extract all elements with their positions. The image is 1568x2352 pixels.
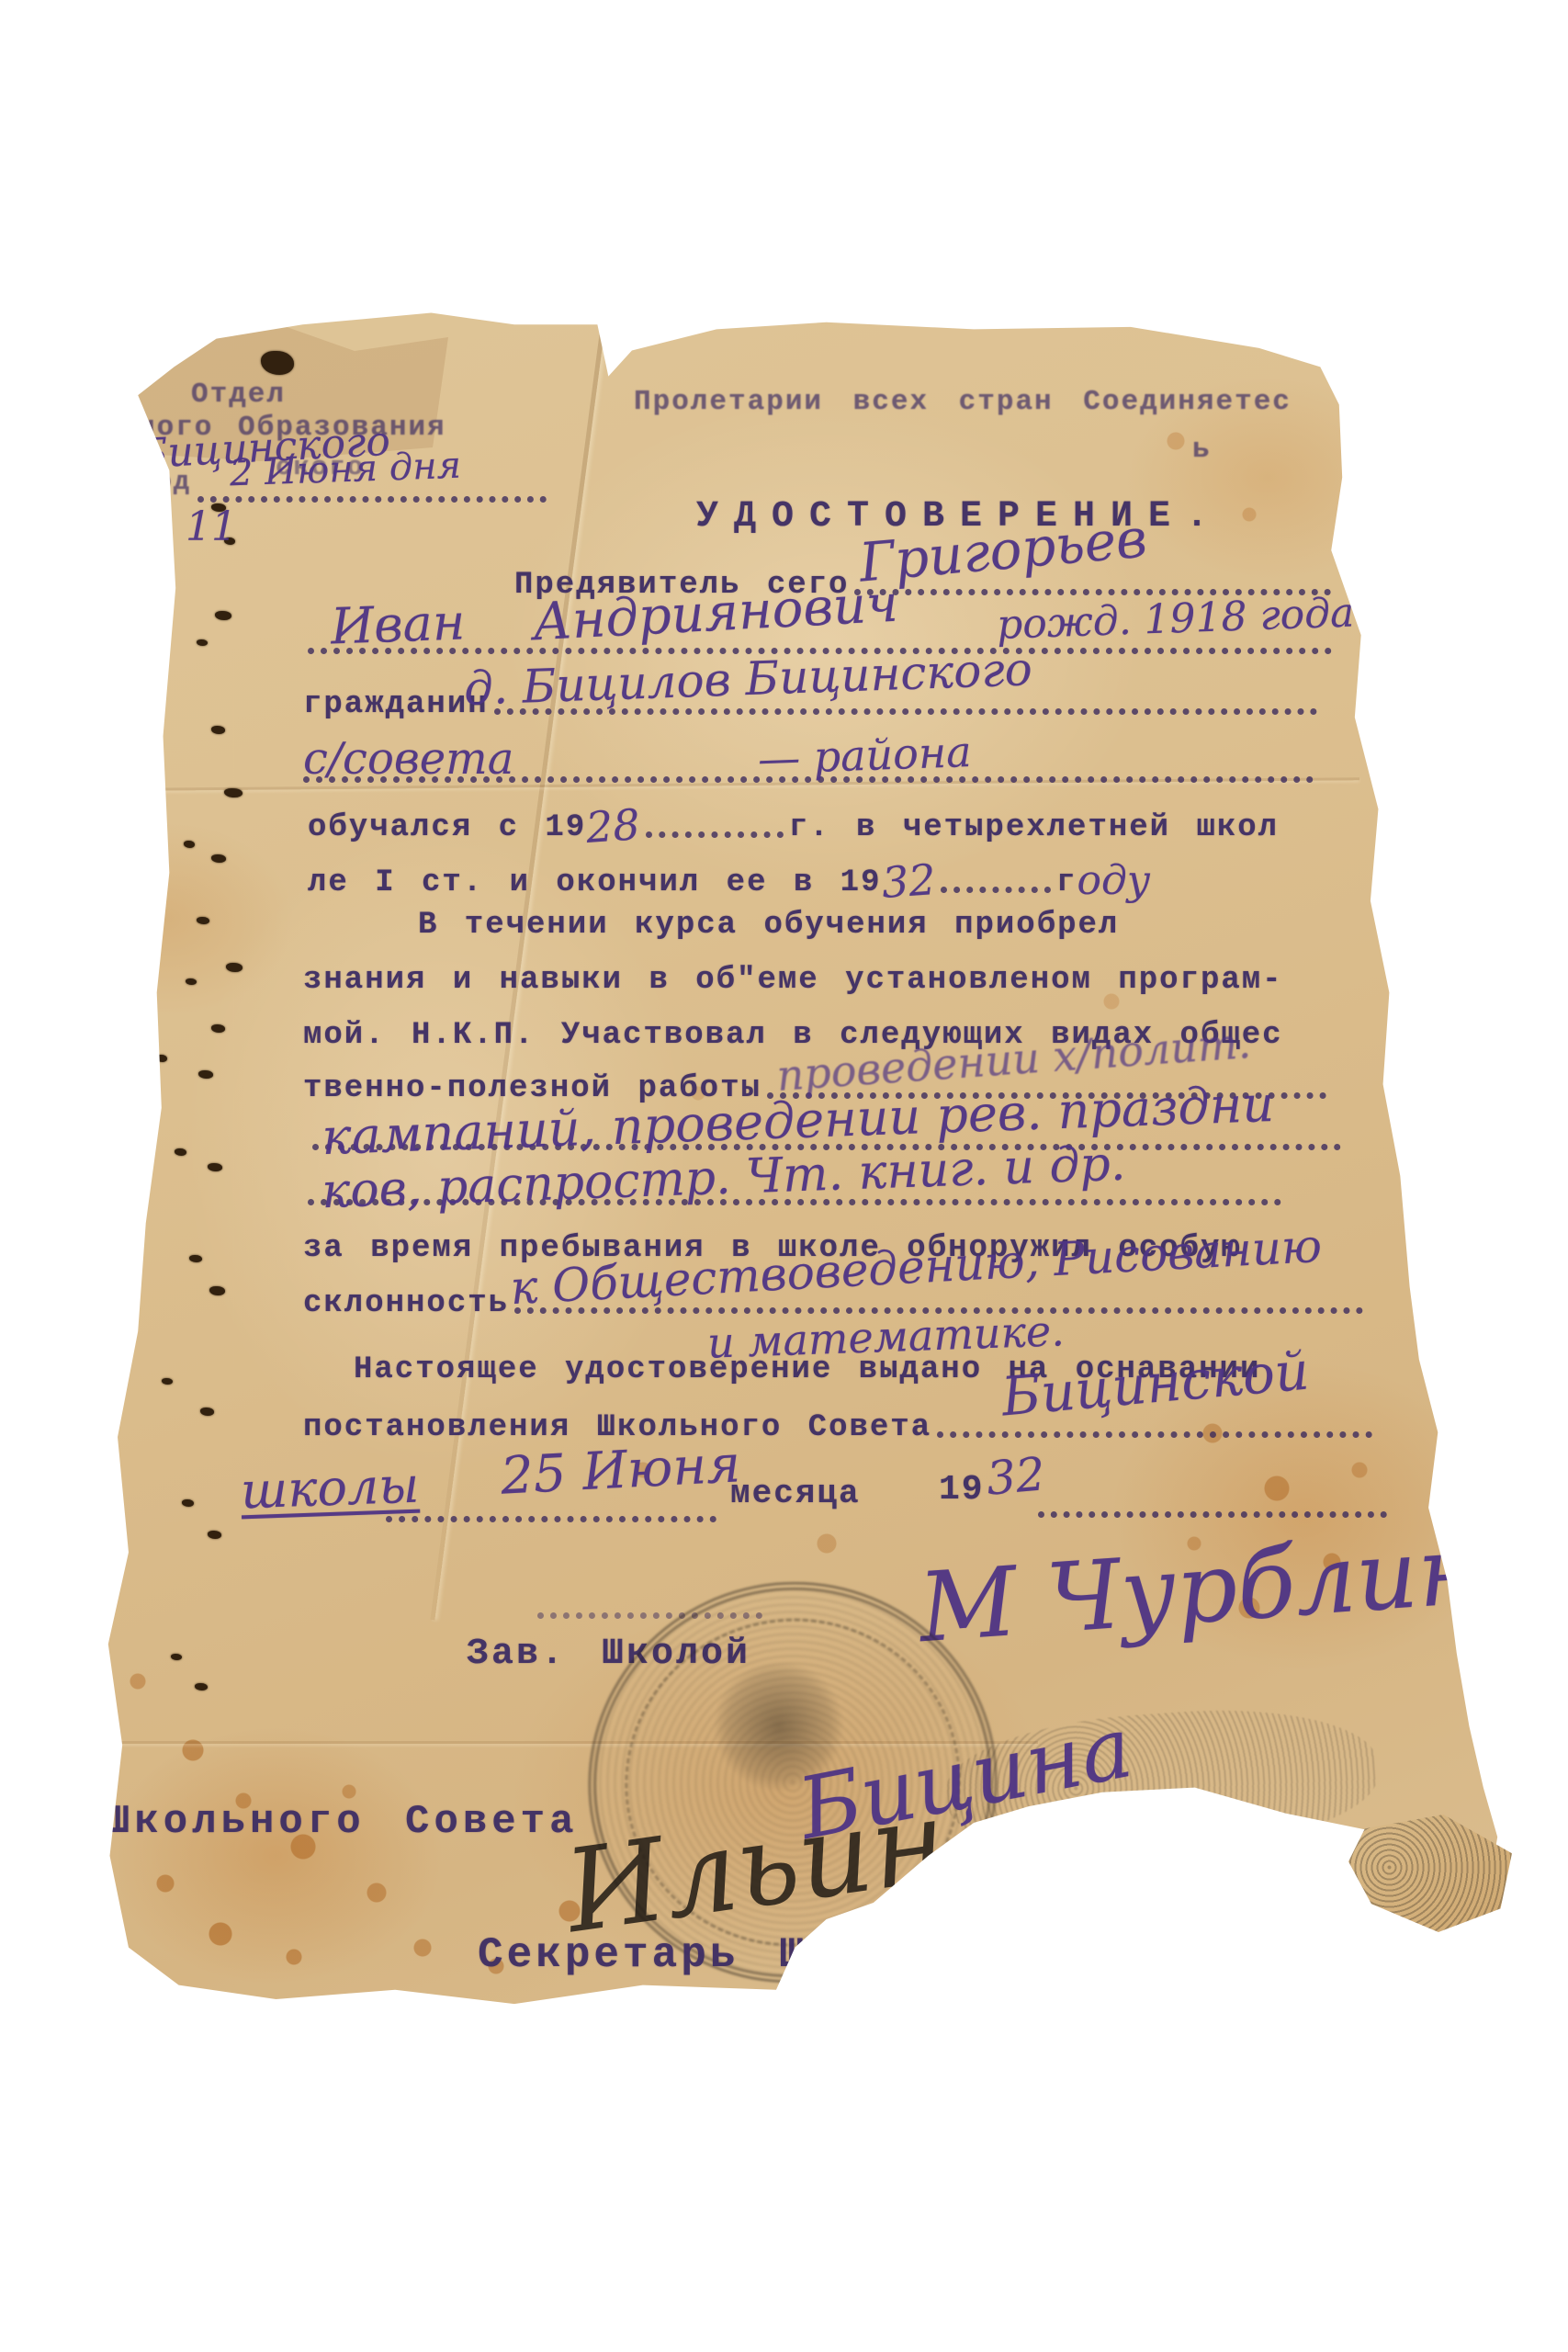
- photo-of-document: ъ Отдел ного Образования ского Бицинског…: [0, 0, 1568, 2352]
- hand-word-year: оду: [1077, 857, 1150, 904]
- typed-text: г: [1056, 865, 1077, 900]
- corner-text: год: [138, 467, 191, 497]
- secretary-label: Секретарь Ш: [478, 1931, 808, 1979]
- hand-year-32: 32: [880, 854, 937, 908]
- dotted-rule: [941, 887, 1051, 893]
- dotted-rule: [646, 831, 784, 838]
- hand-first-name: Иван: [330, 593, 466, 655]
- typed-text: г. в четырехлетней школ: [789, 810, 1279, 845]
- hand-school-word: школы: [240, 1456, 420, 1521]
- line-course: В течении курса обучения приобрел: [418, 908, 1119, 943]
- hand-date: 25 Июня: [499, 1434, 741, 1507]
- dotted-rule: [386, 1516, 716, 1522]
- line-knowledge: знания и навыки в об"еме установленом пр…: [303, 963, 1283, 998]
- slogan-tail: ь: [1192, 434, 1212, 466]
- typed-text: склонность: [303, 1286, 509, 1321]
- line-finished: ле I ст. и окончил ее в 19 32 г оду: [308, 851, 1281, 900]
- dotted-rule: [1038, 1511, 1387, 1518]
- hand-year-28: 28: [584, 799, 641, 853]
- dotted-rule: [197, 496, 547, 503]
- corner-text: Отдел: [191, 379, 286, 411]
- typed-year-19: 19: [939, 1470, 985, 1510]
- corner-text: ъ: [138, 358, 157, 392]
- typed-text: гражданин: [303, 687, 489, 722]
- council-label: Школьного Совета: [106, 1799, 578, 1845]
- slogan: Пролетарии всех стран Соединяетес: [634, 386, 1292, 418]
- typed-text: ле I ст. и окончил ее в 19: [308, 865, 882, 900]
- typed-text: обучался с 19: [308, 810, 586, 845]
- headmaster-signature: М Чурблин: [915, 1513, 1483, 1664]
- corner-number: 11: [186, 503, 237, 550]
- typed-month-word: месяца: [730, 1475, 861, 1512]
- hand-year-32b: 32: [985, 1447, 1047, 1505]
- hand-district: — района: [757, 727, 972, 784]
- dotted-rule: [937, 1431, 1372, 1438]
- line-studied-since: обучался с 19 28 г. в четырехлетней школ: [308, 796, 1329, 845]
- paper-sheet: ъ Отдел ного Образования ского Бицинског…: [0, 0, 1568, 2352]
- corner-handwriting-date: 2 Июня дня: [229, 445, 461, 495]
- line-council-decision: постановления Школьного Совета: [303, 1410, 1378, 1445]
